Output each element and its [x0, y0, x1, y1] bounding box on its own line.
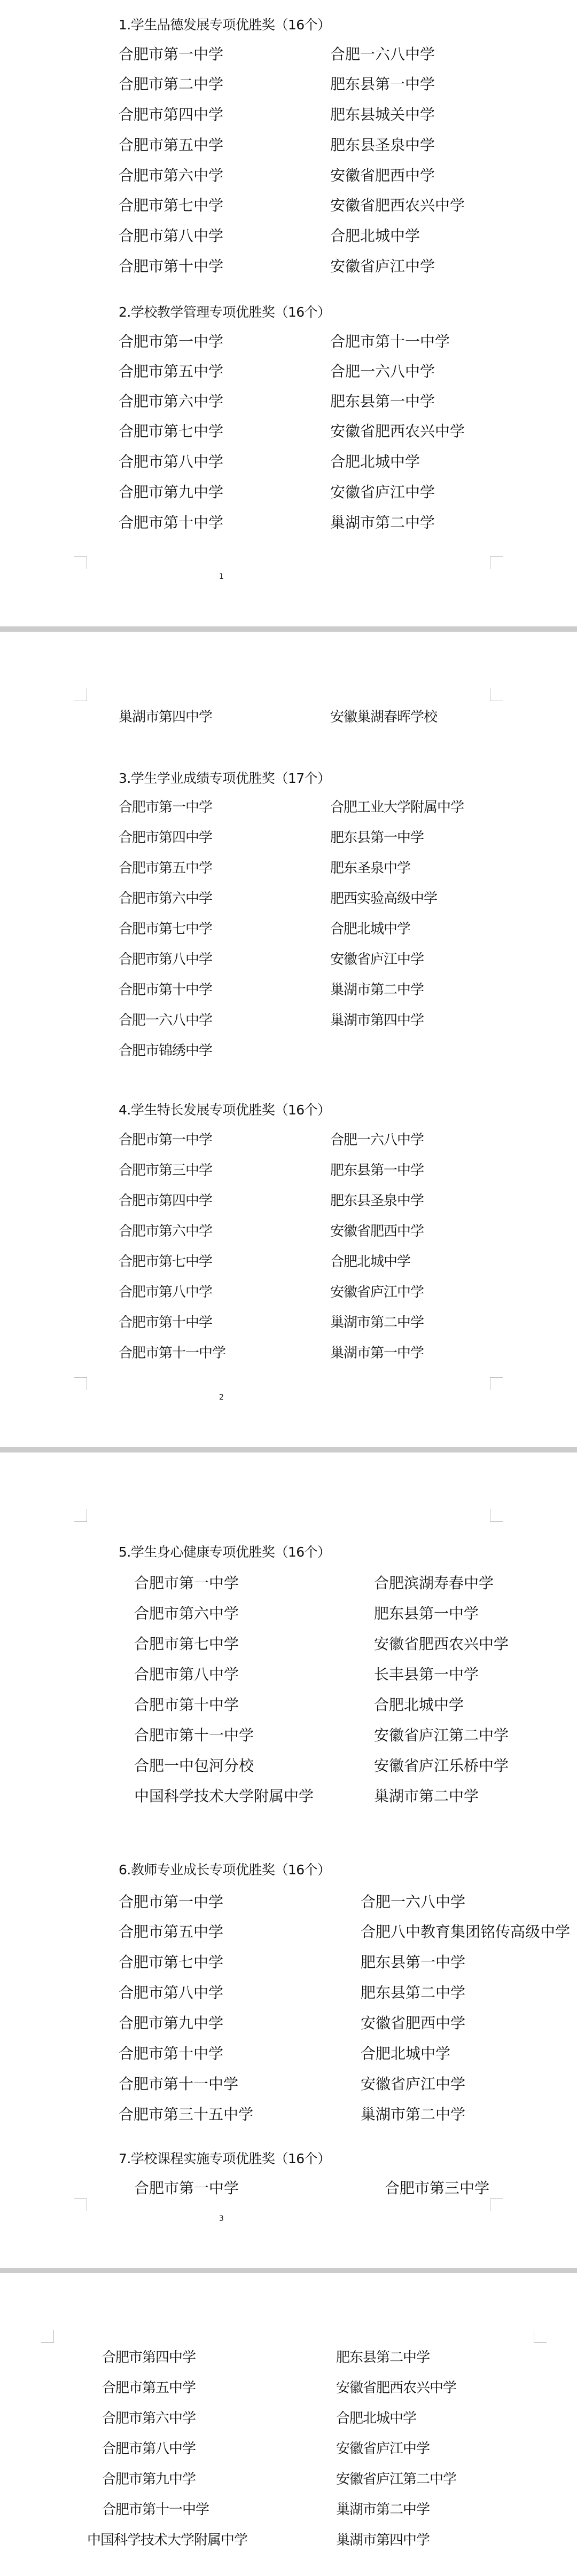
section-title: 1.学生品德发展专项优胜奖（16个）	[119, 17, 331, 33]
school-name: 合肥市第一中学	[119, 1893, 223, 1911]
school-name: 合肥一六八中学	[330, 363, 435, 381]
school-name: 合肥市第五中学	[119, 136, 223, 154]
page-margin-corner-mark	[490, 1509, 503, 1522]
school-name: 安徽巢湖春晖学校	[330, 708, 437, 726]
school-name: 安徽省肥西中学	[361, 2014, 465, 2032]
school-name: 安徽省庐江中学	[330, 1283, 424, 1301]
school-name: 合肥市第五中学	[102, 2379, 196, 2397]
school-name: 安徽省庐江第二中学	[336, 2470, 456, 2488]
school-name: 合肥市第八中学	[119, 453, 223, 471]
school-name: 合肥北城中学	[330, 453, 420, 471]
school-name: 合肥市第一中学	[119, 798, 212, 816]
school-name: 巢湖市第二中学	[330, 1314, 424, 1332]
school-name: 安徽省肥西农兴中学	[330, 422, 465, 441]
page-separator	[0, 2268, 577, 2273]
school-name: 安徽省庐江中学	[336, 2440, 430, 2458]
page-margin-corner-mark	[74, 1377, 87, 1390]
school-name: 合肥市第八中学	[119, 1984, 223, 2002]
school-name: 合肥市第六中学	[119, 890, 212, 908]
page-number: 1	[219, 572, 224, 581]
page-margin-corner-mark	[74, 1509, 87, 1522]
school-name: 合肥市第六中学	[119, 392, 223, 411]
school-name: 合肥北城中学	[330, 920, 410, 938]
school-name: 合肥市锦绣中学	[119, 1042, 212, 1060]
section-title: 7.学校课程实施专项优胜奖（16个）	[119, 2151, 331, 2167]
school-name: 合肥北城中学	[330, 227, 420, 245]
school-name: 合肥市第七中学	[119, 920, 212, 938]
school-name: 肥东县第二中学	[336, 2349, 430, 2367]
school-name: 合肥北城中学	[361, 2045, 450, 2063]
school-name: 合肥滨湖寿春中学	[374, 1574, 494, 1592]
school-name: 安徽省肥西中学	[330, 1222, 424, 1240]
school-name: 合肥市第十中学	[119, 514, 223, 532]
page-margin-corner-mark	[490, 1377, 503, 1390]
school-name: 合肥市第十一中学	[134, 1726, 254, 1745]
school-name: 巢湖市第四中学	[330, 1011, 424, 1030]
school-name: 合肥市第五中学	[119, 1923, 223, 1941]
school-name: 合肥市第十中学	[134, 1696, 239, 1714]
section-title: 5.学生身心健康专项优胜奖（16个）	[119, 1544, 331, 1560]
school-name: 合肥市第三中学	[385, 2179, 489, 2197]
school-name: 合肥市第七中学	[119, 422, 223, 441]
school-name: 肥西实验高级中学	[330, 890, 437, 908]
school-name: 安徽省庐江中学	[330, 257, 435, 276]
school-name: 合肥市第十中学	[119, 2045, 223, 2063]
school-name: 合肥市第六中学	[119, 1222, 212, 1240]
page-separator	[0, 626, 577, 632]
school-name: 中国科学技术大学附属中学	[87, 2531, 247, 2549]
school-name: 合肥市第四中学	[119, 106, 223, 124]
school-name: 肥东县第一中学	[330, 829, 424, 847]
school-name: 巢湖市第二中学	[330, 981, 424, 999]
school-name: 合肥市第六中学	[134, 1605, 239, 1623]
school-name: 肥东县第一中学	[361, 1953, 465, 1972]
school-name: 合肥市第十一中学	[330, 333, 450, 351]
school-name: 合肥市第四中学	[119, 1192, 212, 1210]
school-name: 合肥一六八中学	[330, 1131, 424, 1149]
school-name: 合肥北城中学	[336, 2409, 416, 2428]
school-name: 巢湖市第二中学	[330, 514, 435, 532]
school-name: 肥东县圣泉中学	[330, 136, 435, 154]
school-name: 合肥北城中学	[330, 1253, 410, 1271]
page-margin-corner-mark	[74, 2198, 87, 2211]
school-name: 巢湖市第一中学	[330, 1344, 424, 1362]
school-name: 肥东县第一中学	[330, 1161, 424, 1180]
school-name: 合肥市第三十五中学	[119, 2106, 253, 2124]
school-name: 合肥北城中学	[374, 1696, 464, 1714]
section-title: 3.学生学业成绩专项优胜奖（17个）	[119, 771, 331, 787]
school-name: 安徽省肥西农兴中学	[330, 197, 465, 215]
school-name: 合肥市第三中学	[119, 1161, 212, 1180]
school-name: 合肥市第十中学	[119, 257, 223, 276]
section-title: 6.教师专业成长专项优胜奖（16个）	[119, 1862, 331, 1878]
school-name: 合肥市第一中学	[134, 1574, 239, 1592]
school-name: 合肥市第六中学	[119, 167, 223, 185]
school-name: 肥东圣泉中学	[330, 859, 410, 877]
school-name: 合肥工业大学附属中学	[330, 798, 464, 816]
school-name: 合肥市第一中学	[134, 2179, 239, 2197]
school-name: 合肥市第七中学	[119, 197, 223, 215]
school-name: 安徽省庐江中学	[330, 483, 435, 501]
school-name: 合肥市第十一中学	[102, 2501, 209, 2519]
page-margin-corner-mark	[74, 556, 87, 569]
school-name: 肥东县圣泉中学	[330, 1192, 424, 1210]
school-name: 合肥市第四中学	[102, 2349, 196, 2367]
school-name: 合肥市第一中学	[119, 1131, 212, 1149]
school-name: 合肥市第十中学	[119, 981, 212, 999]
school-name: 合肥市第一中学	[119, 45, 223, 64]
page-margin-corner-mark	[534, 2330, 547, 2343]
school-name: 肥东县第一中学	[330, 392, 435, 411]
school-name: 合肥市第十一中学	[119, 2075, 238, 2093]
school-name: 安徽省肥西中学	[330, 167, 435, 185]
school-name: 安徽省庐江乐桥中学	[374, 1757, 509, 1775]
school-name: 合肥市第九中学	[102, 2470, 196, 2488]
school-name: 合肥市第十一中学	[119, 1344, 225, 1362]
school-name: 巢湖市第二中学	[361, 2106, 465, 2124]
school-name: 巢湖市第四中学	[336, 2531, 430, 2549]
school-name: 安徽省庐江中学	[361, 2075, 465, 2093]
section-title: 4.学生特长发展专项优胜奖（16个）	[119, 1102, 331, 1118]
school-name: 合肥市第七中学	[119, 1953, 223, 1972]
school-name: 肥东县第一中学	[330, 75, 435, 93]
school-name: 合肥市第七中学	[134, 1635, 239, 1653]
school-name: 合肥市第八中学	[134, 1666, 239, 1684]
school-name: 合肥市第二中学	[119, 75, 223, 93]
school-name: 合肥市第五中学	[119, 363, 223, 381]
school-name: 合肥市第八中学	[119, 227, 223, 245]
school-name: 合肥市第六中学	[102, 2409, 196, 2428]
page-margin-corner-mark	[74, 688, 87, 701]
school-name: 肥东县第一中学	[374, 1605, 479, 1623]
school-name: 肥东县第二中学	[361, 1984, 465, 2002]
school-name: 巢湖市第二中学	[374, 1787, 479, 1805]
school-name: 长丰县第一中学	[374, 1666, 479, 1684]
school-name: 合肥一六八中学	[330, 45, 435, 64]
school-name: 合肥市第九中学	[119, 483, 223, 501]
school-name: 合肥一中包河分校	[134, 1757, 254, 1775]
page-number: 3	[219, 2214, 224, 2223]
school-name: 合肥一六八中学	[361, 1893, 465, 1911]
section-title: 2.学校教学管理专项优胜奖（16个）	[119, 304, 331, 320]
school-name: 合肥市第十中学	[119, 1314, 212, 1332]
school-name: 合肥市第八中学	[119, 1283, 212, 1301]
page-margin-corner-mark	[41, 2330, 54, 2343]
school-name: 巢湖市第二中学	[336, 2501, 430, 2519]
page-margin-corner-mark	[490, 2198, 503, 2211]
school-name: 合肥市第五中学	[119, 859, 212, 877]
school-name: 巢湖市第四中学	[119, 708, 212, 726]
school-name: 合肥市第八中学	[102, 2440, 196, 2458]
school-name: 合肥市第九中学	[119, 2014, 223, 2032]
page-margin-corner-mark	[490, 688, 503, 701]
school-name: 安徽省肥西农兴中学	[374, 1635, 509, 1653]
page-margin-corner-mark	[490, 556, 503, 569]
school-name: 合肥市第四中学	[119, 829, 212, 847]
school-name: 合肥八中教育集团铭传高级中学	[361, 1923, 570, 1941]
page-separator	[0, 1447, 577, 1452]
school-name: 合肥市第七中学	[119, 1253, 212, 1271]
school-name: 中国科学技术大学附属中学	[134, 1787, 314, 1805]
school-name: 合肥一六八中学	[119, 1011, 212, 1030]
school-name: 安徽省庐江第二中学	[374, 1726, 509, 1745]
school-name: 肥东县城关中学	[330, 106, 435, 124]
page-number: 2	[219, 1393, 224, 1402]
school-name: 合肥市第一中学	[119, 333, 223, 351]
school-name: 安徽省肥西农兴中学	[336, 2379, 456, 2397]
school-name: 合肥市第八中学	[119, 951, 212, 969]
school-name: 安徽省庐江中学	[330, 951, 424, 969]
